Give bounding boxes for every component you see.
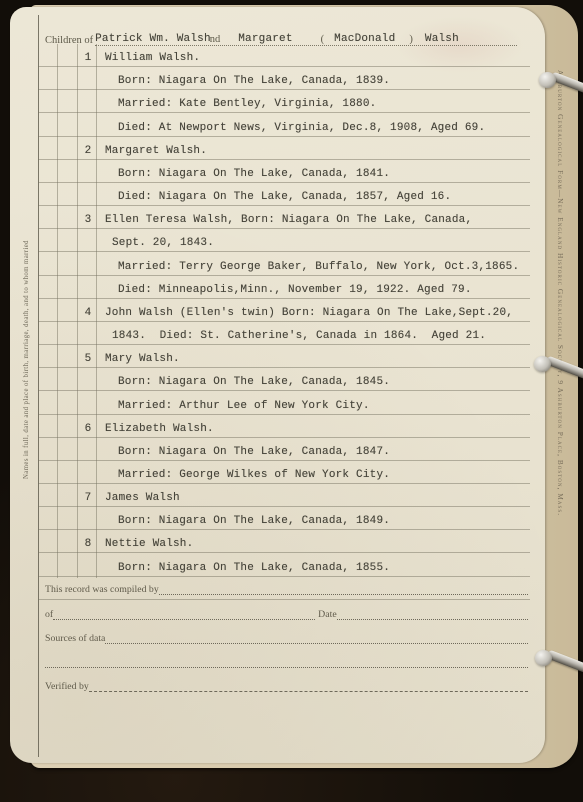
table-row: Born: Niagara On The Lake, Canada, 1845.	[38, 368, 530, 391]
verified-by-blank	[89, 679, 528, 692]
table-row: Born: Niagara On The Lake, Canada, 1855.	[38, 553, 530, 576]
table-row: Sept. 20, 1843.	[38, 229, 530, 252]
table-row: Born: Niagara On The Lake, Canada, 1847.	[38, 438, 530, 461]
table-row: 2Margaret Walsh.	[38, 137, 530, 160]
row-number: 4	[79, 307, 97, 319]
binder-rod-icon	[546, 649, 583, 673]
table-row: Born: Niagara On The Lake, Canada, 1841.	[38, 160, 530, 183]
row-text: Married: Kate Bentley, Virginia, 1880.	[118, 98, 376, 110]
binder-rod-icon	[545, 355, 583, 379]
compiled-by-label: This record was compiled by	[45, 584, 159, 595]
row-number: 1	[79, 52, 97, 64]
table-row: Died: Minneapolis,Minn., November 19, 19…	[38, 276, 530, 299]
row-text: Born: Niagara On The Lake, Canada, 1847.	[118, 446, 390, 458]
verified-row: Verified by	[45, 678, 528, 692]
sources-blank	[105, 631, 528, 644]
table-row: 1William Walsh.	[38, 44, 530, 67]
row-text: Elizabeth Walsh.	[105, 423, 214, 435]
table-row: Married: George Wilkes of New York City.	[38, 461, 530, 484]
row-number: 2	[79, 145, 97, 157]
binder-head-icon	[535, 650, 552, 666]
date-blank	[337, 607, 528, 620]
table-row: 5Mary Walsh.	[38, 345, 530, 368]
row-text: Died: Niagara On The Lake, Canada, 1857,…	[118, 191, 451, 203]
of-blank	[53, 607, 315, 620]
table-row: Married: Arthur Lee of New York City.	[38, 391, 530, 414]
children-rows: 1William Walsh.Born: Niagara On The Lake…	[38, 44, 530, 600]
row-text: Died: At Newport News, Virginia, Dec.8, …	[118, 122, 485, 134]
of-date-row: of Date	[45, 606, 528, 620]
table-row: 3Ellen Teresa Walsh, Born: Niagara On Th…	[38, 206, 530, 229]
row-text: Born: Niagara On The Lake, Canada, 1841.	[118, 168, 390, 180]
genealogy-form-page: Children of Patrick Wm. Walsh nd Margare…	[10, 7, 545, 763]
compiled-by-row: This record was compiled by	[45, 581, 528, 595]
row-text: Born: Niagara On The Lake, Canada, 1849.	[118, 515, 390, 527]
row-text: Born: Niagara On The Lake, Canada, 1855.	[118, 562, 390, 574]
row-text: Married: Terry George Baker, Buffalo, Ne…	[118, 261, 519, 273]
table-row: Born: Niagara On The Lake, Canada, 1839.	[38, 67, 530, 90]
row-text: Married: Arthur Lee of New York City.	[118, 400, 370, 412]
row-text: 1843. Died: St. Catherine's, Canada in 1…	[112, 330, 486, 342]
sources-of-data-label: Sources of data	[45, 633, 105, 644]
table-row: Died: Niagara On The Lake, Canada, 1857,…	[38, 183, 530, 206]
row-number: 7	[79, 492, 97, 504]
row-text: John Walsh (Ellen's twin) Born: Niagara …	[105, 307, 513, 319]
binder-head-icon	[534, 356, 551, 372]
binder-post-bottom	[535, 650, 583, 688]
row-number: 6	[79, 423, 97, 435]
row-text: Ellen Teresa Walsh, Born: Niagara On The…	[105, 214, 472, 226]
verified-by-label: Verified by	[45, 681, 89, 692]
row-text: Margaret Walsh.	[105, 145, 207, 157]
right-margin-note: Ashburton Genealogical Form—New England …	[556, 70, 565, 630]
table-row: Married: Terry George Baker, Buffalo, Ne…	[38, 252, 530, 275]
parents-name-blank: Patrick Wm. Walsh nd Margaret ( MacDonal…	[95, 25, 517, 46]
binder-post-top	[539, 72, 583, 110]
header-line: Children of Patrick Wm. Walsh nd Margare…	[45, 26, 517, 46]
compiled-by-blank	[159, 582, 528, 595]
sources-continuation-blank	[45, 655, 528, 668]
table-row: 6Elizabeth Walsh.	[38, 415, 530, 438]
table-row: 1843. Died: St. Catherine's, Canada in 1…	[38, 322, 530, 345]
row-number: 3	[79, 214, 97, 226]
table-row: Born: Niagara On The Lake, Canada, 1849.	[38, 507, 530, 530]
table-row: Died: At Newport News, Virginia, Dec.8, …	[38, 113, 530, 136]
row-text: William Walsh.	[105, 52, 200, 64]
table-row: 4John Walsh (Ellen's twin) Born: Niagara…	[38, 299, 530, 322]
binder-head-icon	[539, 72, 556, 88]
row-number: 8	[79, 538, 97, 550]
table-row: 7James Walsh	[38, 484, 530, 507]
left-margin-note: Names in full, date and place of birth, …	[23, 145, 30, 479]
row-text: Nettie Walsh.	[105, 538, 193, 550]
row-text: Died: Minneapolis,Minn., November 19, 19…	[118, 284, 472, 296]
row-text: Married: George Wilkes of New York City.	[118, 469, 390, 481]
table-row: 8Nettie Walsh.	[38, 530, 530, 553]
binder-post-middle	[534, 356, 583, 394]
date-label: Date	[318, 609, 337, 620]
row-text: Mary Walsh.	[105, 353, 180, 365]
row-number: 5	[79, 353, 97, 365]
sources-row: Sources of data	[45, 630, 528, 644]
of-label: of	[45, 609, 53, 620]
row-text: Born: Niagara On The Lake, Canada, 1839.	[118, 75, 390, 87]
row-text: Sept. 20, 1843.	[112, 237, 214, 249]
photo-backdrop: Children of Patrick Wm. Walsh nd Margare…	[0, 0, 583, 802]
table-row: Married: Kate Bentley, Virginia, 1880.	[38, 90, 530, 113]
row-text: James Walsh	[105, 492, 180, 504]
row-text: Born: Niagara On The Lake, Canada, 1845.	[118, 376, 390, 388]
sources-continuation-row	[45, 654, 528, 668]
